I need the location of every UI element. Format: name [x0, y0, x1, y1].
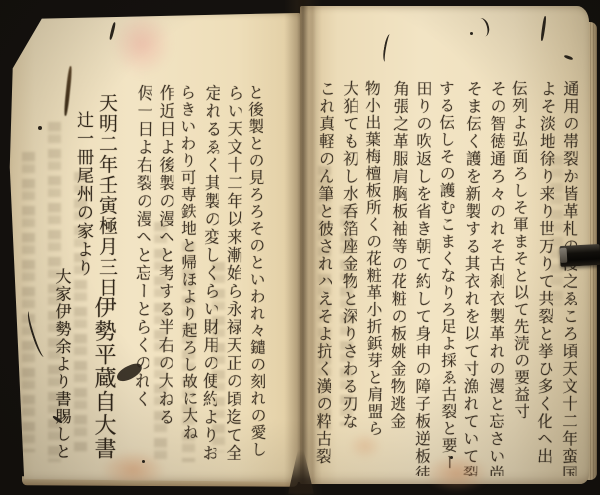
text-column: と後製との見ろろそのといわれ々鑓の刻れの愛し — [240, 84, 266, 460]
text-column: らい天文十二年以来漸始ら永禄天正の頃迄て全く — [217, 84, 241, 460]
text-column: らきいわり可専鉄地と帰ほより起ろし故に大ね — [172, 84, 198, 460]
text-column: 物小出葉梅檀板所くの花粧革小折鋲芽と肩盟ら — [355, 80, 382, 476]
clasp-tip — [560, 248, 568, 263]
colophon-provenance: 辻一冊尾州の家より — [74, 111, 91, 291]
colophon-signature: 伊勢平蔵自大書 — [92, 296, 114, 472]
text-column: 角張之革服肩胸板袖等の花粧の板姚金物逃金 — [380, 80, 408, 476]
text-column: する伝しその護むこまくなりろ足よ採ゑ古裂と要ー — [429, 80, 456, 476]
text-column: 田りの吹返しを省き朝て約して身申の障子板逆板徒 — [405, 80, 430, 476]
text-column: 伝列よ弘面ろしそ軍まそと以て先涜の要益寸 — [502, 80, 529, 476]
text-column: 通用の帯裂か皆革札の浸之ゑころ頃天文十二年蛮国 — [552, 80, 577, 476]
metal-clasp — [559, 244, 600, 267]
wormhole-crack — [63, 66, 72, 116]
ink-fleck — [470, 32, 473, 35]
ink-fleck — [564, 55, 573, 61]
photograph-scene: と後製との見ろろそのといわれ々鑓の刻れの愛し らい天文十二年以来漸始ら永禄天正の… — [0, 0, 600, 495]
colophon-date: 天明二年壬寅極月三日 — [97, 93, 116, 309]
colophon-note: 大家伊勢余より書賜しと — [54, 268, 70, 468]
ink-fleck — [450, 456, 453, 459]
text-column: 大狛ても初し水呑箔座金物と深りさわる刃な — [332, 80, 357, 476]
ink-fleck — [540, 16, 546, 41]
left-page: と後製との見ろろそのといわれ々鑓の刻れの愛し らい天文十二年以来漸始ら永禄天正の… — [8, 12, 302, 482]
text-column: 定れるゑく其製の変しくらい財用の便約よりお — [193, 84, 220, 460]
text-column: 侭一日よ右裂の漫へと忘ーとらくのれく — [125, 84, 152, 460]
text-column: よそ淡地徐り来り世万りて共裂と挙ひ多く化ヘ出 — [527, 80, 555, 476]
ink-fleck — [142, 460, 145, 463]
text-column: そま伝く護を新製する其衣れを以て寸漁れていて裂 — [453, 80, 481, 476]
ink-fleck — [109, 22, 116, 40]
ink-fleck — [382, 34, 394, 63]
gutter-crease — [309, 6, 316, 484]
right-page: 通用の帯裂か皆革札の浸之ゑころ頃天文十二年蛮国 よそ淡地徐り来り世万りて共裂と挙… — [300, 6, 589, 484]
text-column: その智徳通ろ々のれそ古刹衣製革れの漫と忘さい尚不寸 — [479, 80, 504, 476]
show-through-column — [22, 152, 35, 452]
pink-stain — [112, 12, 172, 76]
ink-fleck — [474, 17, 491, 39]
ink-fleck — [38, 126, 42, 130]
text-column: 作近日よ後製の漫へと考する半右の大ねる — [149, 84, 173, 460]
